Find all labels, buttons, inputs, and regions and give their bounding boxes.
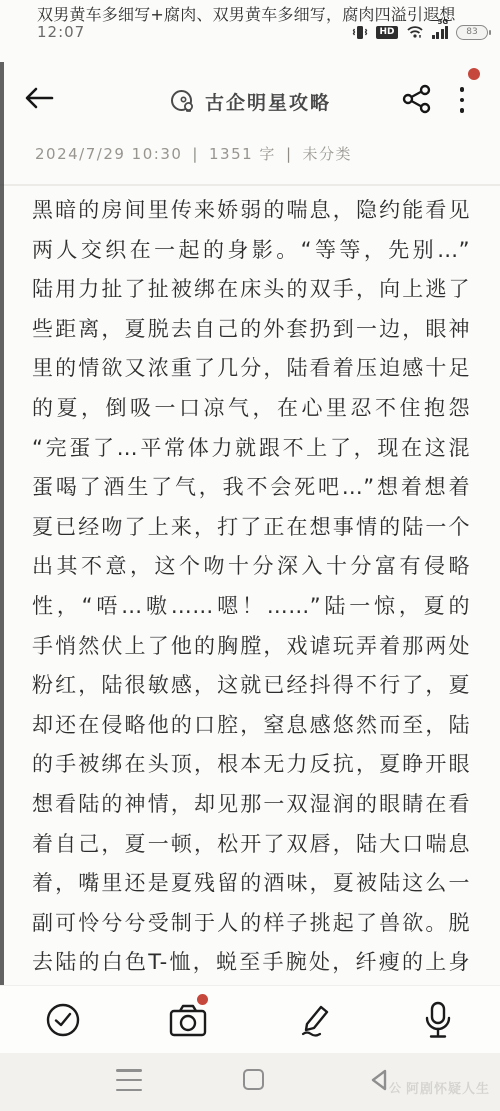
- watermark-logo: 公: [389, 1079, 402, 1096]
- left-edge-shadow: [0, 62, 4, 986]
- camera-button[interactable]: [125, 1002, 250, 1038]
- meta-separator: |: [192, 145, 199, 163]
- wifi-icon: [406, 25, 424, 40]
- text-line: 副可怜兮兮受制于人的样子挑起了兽欲。脱: [32, 904, 470, 944]
- clock: 12:07: [37, 23, 85, 41]
- note-title-text: 古企明星攻略: [205, 88, 331, 115]
- watermark: 公 阿剧怀疑人生: [389, 1078, 490, 1097]
- meta-separator: |: [286, 145, 293, 163]
- more-menu-button[interactable]: [454, 84, 470, 116]
- text-line: 去陆的白色T-恤，蜕至手腕处，纤瘦的上身: [32, 943, 470, 983]
- watermark-text: 阿剧怀疑人生: [406, 1078, 490, 1097]
- text-line: 夏已经吻了上来，打了正在想事情的陆一个: [32, 508, 470, 548]
- text-line: “完蛋了…平常体力就跟不上了，现在这混: [32, 429, 470, 469]
- note-meta: 2024/7/29 10:30 | 1351 字 | 未分类: [35, 143, 352, 164]
- camera-badge-dot: [197, 994, 208, 1005]
- app-header: 古企明星攻略: [0, 68, 500, 134]
- battery-icon: 83: [456, 25, 488, 40]
- header-divider: [0, 184, 500, 186]
- notification-dot: [468, 68, 480, 80]
- voice-button[interactable]: [375, 1000, 500, 1040]
- note-body[interactable]: 黑暗的房间里传来娇弱的喘息，隐约能看见 两人交织在一起的身影。“等等，先别…” …: [32, 191, 470, 983]
- vibrate-icon: [352, 25, 368, 40]
- battery-percent: 83: [466, 27, 477, 37]
- text-line: 的手被绑在头顶，根本无力反抗，夏睁开眼: [32, 745, 470, 785]
- text-line: 黑暗的房间里传来娇弱的喘息，隐约能看见: [32, 191, 470, 231]
- text-line: 两人交织在一起的身影。“等等，先别…”: [32, 231, 470, 271]
- text-line: 的夏，倒吸一口凉气，在心里忍不住抱怨: [32, 389, 470, 429]
- penguin-icon: [169, 88, 196, 115]
- text-line: 陆用力扯了扯被绑在床头的双手，向上逃了: [32, 270, 470, 310]
- system-nav-bar: 公 阿剧怀疑人生: [0, 1053, 500, 1111]
- home-button[interactable]: [243, 1069, 264, 1090]
- mic-icon: [421, 1000, 455, 1040]
- text-line: 些距离，夏脱去自己的外套扔到一边，眼神: [32, 310, 470, 350]
- text-line: 手悄然伏上了他的胸膛，戏谑玩弄着那两处: [32, 627, 470, 667]
- signal-icon: 5G: [432, 25, 449, 39]
- status-bar: 12:07 HD 5G: [37, 21, 488, 43]
- note-category[interactable]: 未分类: [303, 143, 353, 164]
- note-toolbar: [0, 985, 500, 1053]
- text-line: 却还在侵略他的口腔，窒息感悠然而至，陆: [32, 706, 470, 746]
- share-icon: [402, 84, 432, 114]
- more-menu-icon: [460, 87, 465, 92]
- text-line: 着，嘴里还是夏残留的酒味，夏被陆这么一: [32, 864, 470, 904]
- phone-screen: 双男黄车多细写+腐肉、双男黄车多细写，腐肉四溢引遐想 12:07 HD: [0, 0, 500, 1111]
- note-datetime: 2024/7/29 10:30: [35, 145, 182, 163]
- recents-button[interactable]: [116, 1069, 142, 1091]
- note-word-count: 1351 字: [209, 143, 276, 164]
- text-line: 出其不意，这个吻十分深入十分富有侵略: [32, 547, 470, 587]
- camera-icon: [167, 1002, 209, 1038]
- text-line: 想看陆的神情，却见那一双湿润的眼睛在看: [32, 785, 470, 825]
- edit-icon: [293, 1000, 333, 1040]
- recents-icon: [116, 1069, 142, 1072]
- status-icons: HD 5G 83: [352, 25, 488, 40]
- text-line: 性，“唔…嗷……嗯！……”陆一惊，夏的: [32, 587, 470, 627]
- text-line: 着自己，夏一顿，松开了双唇，陆大口喘息: [32, 825, 470, 865]
- text-line: 蛋喝了酒生了气，我不会死吧…”想着想着: [32, 468, 470, 508]
- edit-button[interactable]: [250, 1000, 375, 1040]
- share-button[interactable]: [402, 84, 432, 114]
- check-circle-icon: [44, 1001, 82, 1039]
- todo-button[interactable]: [0, 1001, 125, 1039]
- text-line: 里的情欲又浓重了几分，陆看着压迫感十足: [32, 349, 470, 389]
- text-line: 粉红，陆很敏感，这就已经抖得不行了，夏: [32, 666, 470, 706]
- hd-badge: HD: [376, 26, 397, 39]
